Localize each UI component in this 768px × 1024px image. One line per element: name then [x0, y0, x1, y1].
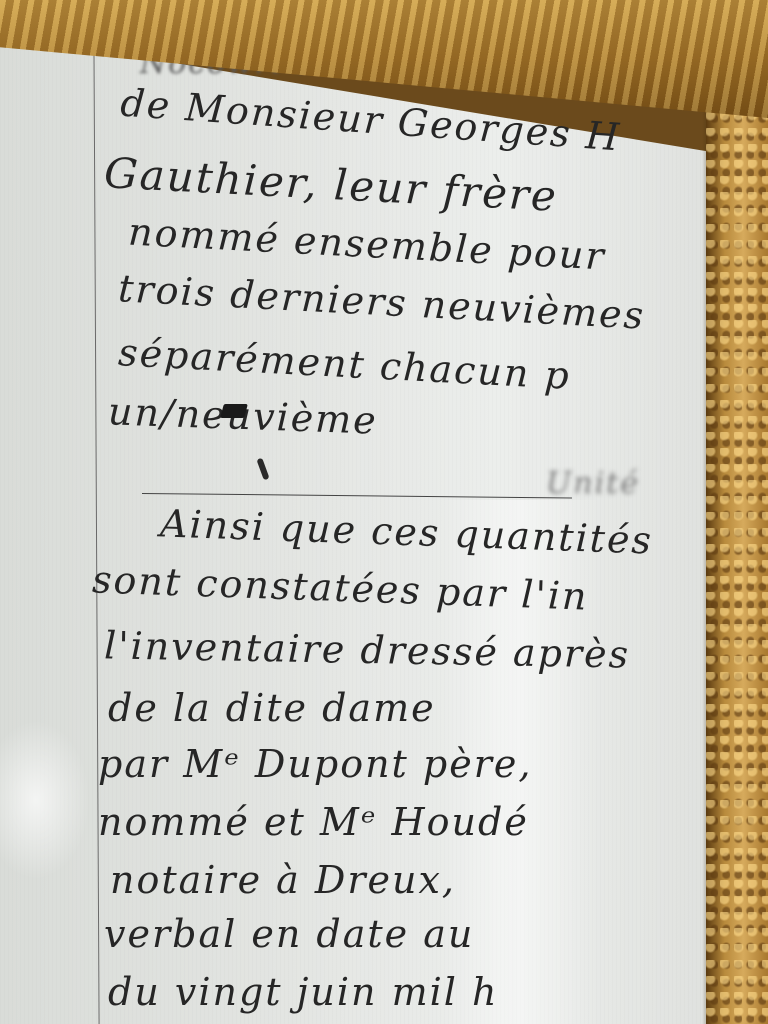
handwritten-line-14: notaire à Dreux, — [110, 858, 456, 902]
handwritten-line-16: du vingt juin mil h — [108, 970, 499, 1014]
handwritten-line-12: par Mᵉ Dupont père, — [98, 742, 532, 786]
handwritten-line-10: l'inventaire dressé après — [104, 623, 631, 676]
handwritten-line-7: Unité — [546, 466, 640, 501]
handwritten-line-13: nommé et Mᵉ Houdé — [98, 800, 529, 844]
handwritten-line-15: verbal en date au — [104, 912, 474, 956]
glass-glare-left — [0, 720, 90, 880]
handwritten-line-11: de la dite dame — [108, 686, 436, 730]
ink-blot — [220, 404, 248, 418]
gilded-frame-right — [706, 0, 768, 1024]
